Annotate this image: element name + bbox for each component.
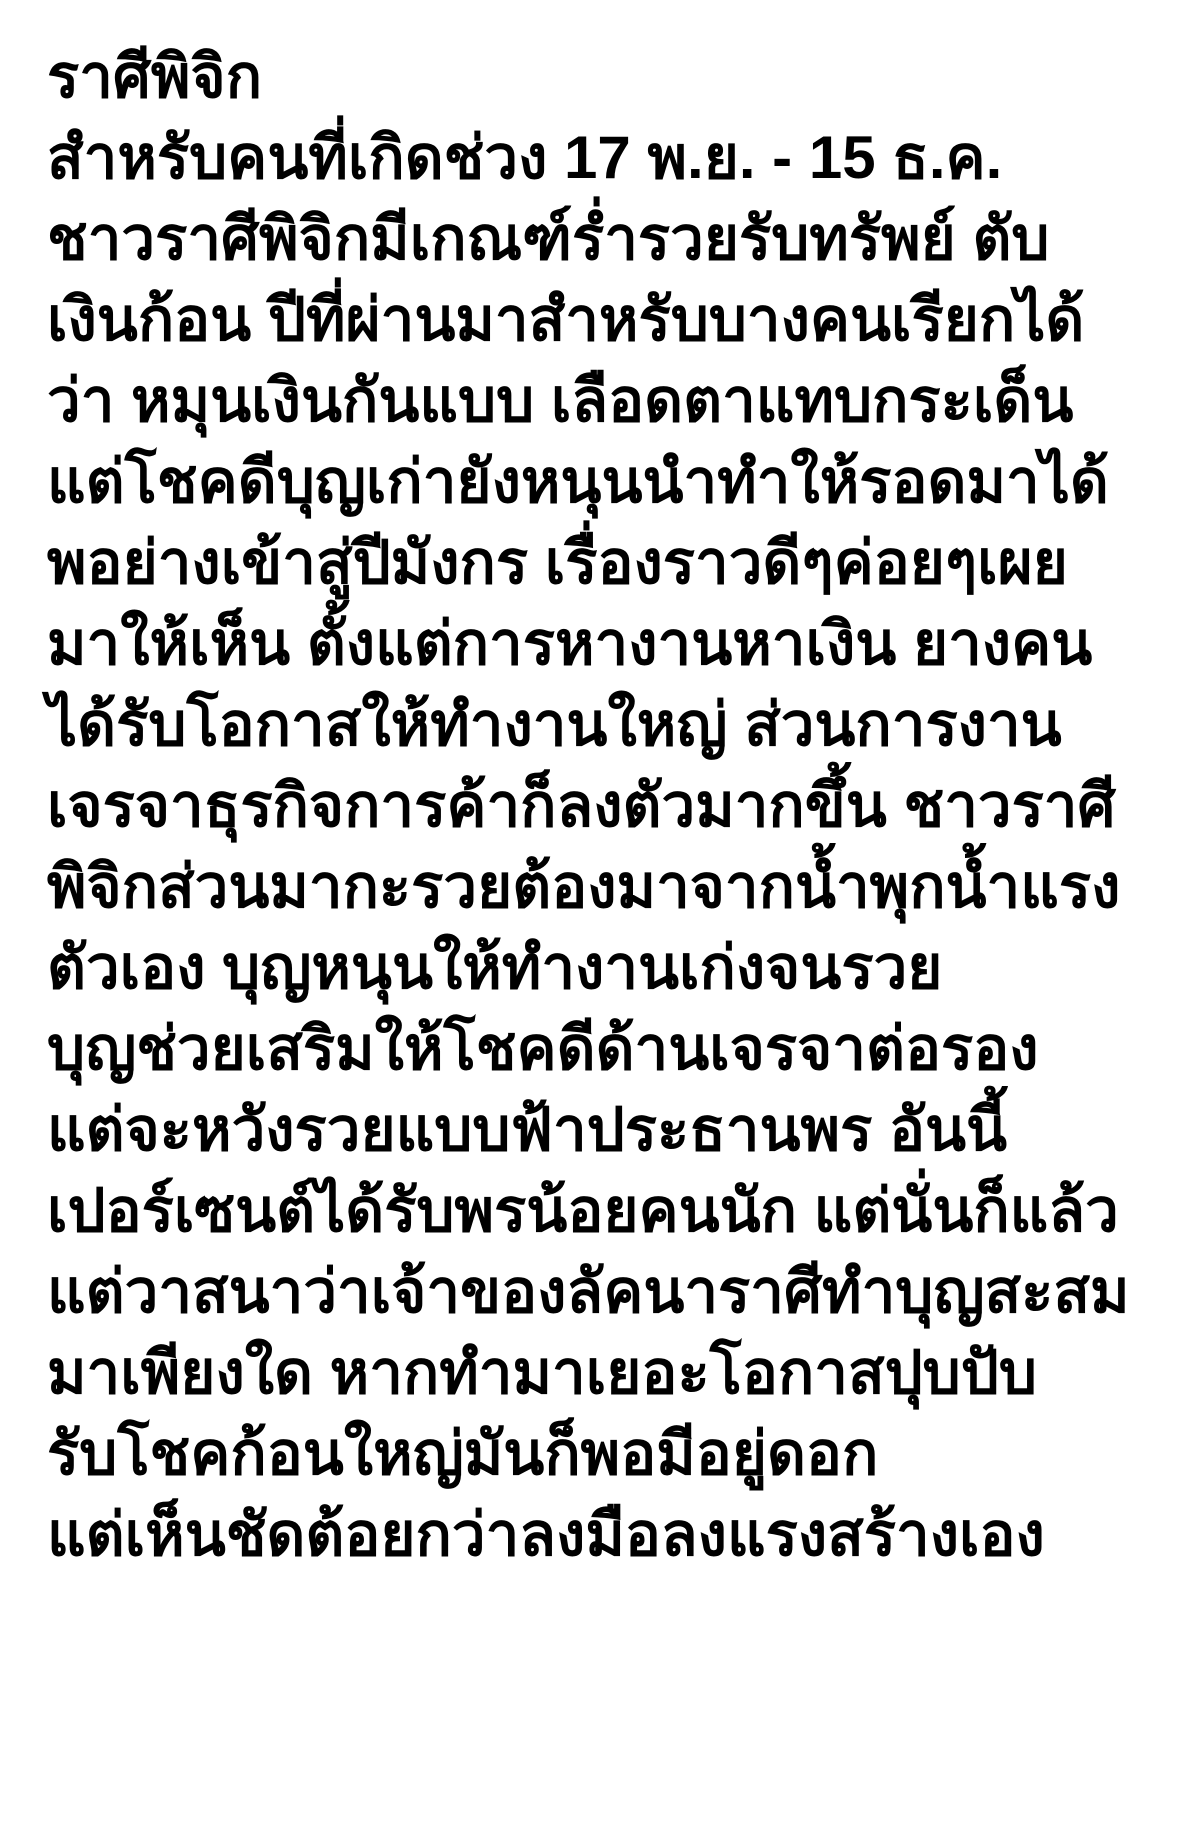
text-line: เปอร์เซนต์ได้รับพรน้อยคนนัก แต่นั่นก็แล้… xyxy=(47,1170,1178,1251)
text-line: แต่เห็นชัดต้อยกว่าลงมือลงแรงสร้างเอง xyxy=(47,1494,1178,1575)
text-line: ตัวเอง บุญหนุนให้ทำงานเก่งจนรวย xyxy=(47,927,1178,1008)
text-line: เงินก้อน ปีที่ผ่านมาสำหรับบางคนเรียกได้ xyxy=(47,279,1178,360)
text-line: ได้รับโอกาสให้ทำงานใหญ่ ส่วนการงาน xyxy=(47,684,1178,765)
text-line: ว่า หมุนเงินกันแบบ เลือดตาแทบกระเด็น xyxy=(47,360,1178,441)
birth-date-range: สำหรับคนที่เกิดช่วง 17 พ.ย. - 15 ธ.ค. xyxy=(47,117,1178,198)
text-line: ชาวราศีพิจิกมีเกณฑ์ร่ำรวยรับทรัพย์ ตับ xyxy=(47,198,1178,279)
text-line: แต่จะหวังรวยแบบฟ้าประธานพร อันนี้ xyxy=(47,1089,1178,1170)
text-line: แต่โชคดีบุญเก่ายังหนุนนำทำให้รอดมาได้ xyxy=(47,441,1178,522)
text-line: รับโชคก้อนใหญ่มันก็พอมีอยู่ดอก xyxy=(47,1413,1178,1494)
text-line: เจรจาธุรกิจการค้าก็ลงตัวมากขึ้น ชาวราศี xyxy=(47,765,1178,846)
text-line: พิจิกส่วนมากะรวยต้องมาจากน้ำพุกน้ำแรง xyxy=(47,846,1178,927)
page-title: ราศีพิจิก xyxy=(47,36,1178,117)
text-line: บุญช่วยเสริมให้โชคดีด้านเจรจาต่อรอง xyxy=(47,1008,1178,1089)
horoscope-article: ราศีพิจิก สำหรับคนที่เกิดช่วง 17 พ.ย. - … xyxy=(0,0,1198,1575)
text-line: พอย่างเข้าสู่ปีมังกร เรื่องราวดีๆค่อยๆเผ… xyxy=(47,522,1178,603)
text-line: มาให้เห็น ตั้งแต่การหางานหาเงิน ยางคน xyxy=(47,603,1178,684)
text-line: แต่วาสนาว่าเจ้าของลัคนาราศีทำบุญสะสม xyxy=(47,1251,1178,1332)
text-line: มาเพียงใด หากทำมาเยอะโอกาสปุบปับ xyxy=(47,1332,1178,1413)
